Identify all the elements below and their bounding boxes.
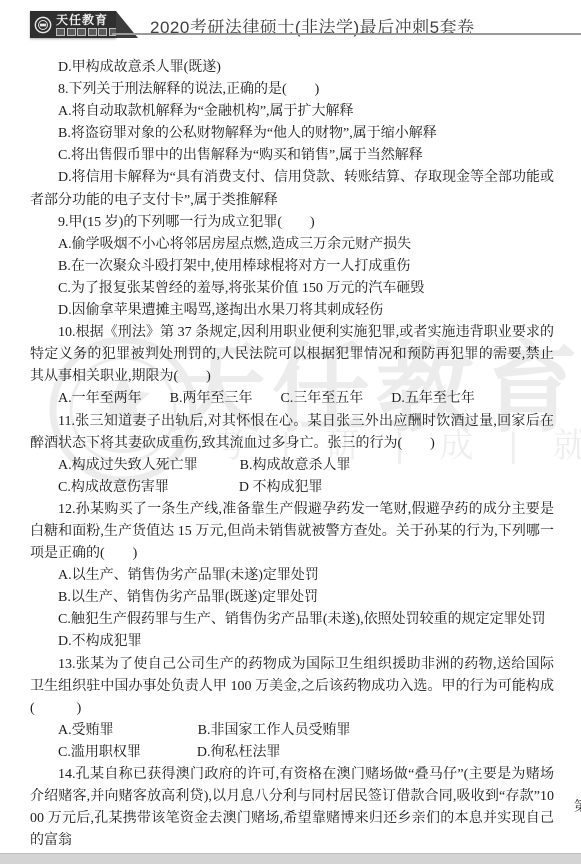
doc-paragraph: C.构成故意伤害罪 D 不构成犯罪 bbox=[30, 477, 554, 499]
logo-brand-text: 天任教育 bbox=[56, 14, 118, 26]
doc-paragraph: D.不构成犯罪 bbox=[30, 631, 554, 653]
doc-paragraph: A.受贿罪 B.非国家工作人员受贿罪 bbox=[30, 720, 554, 742]
doc-paragraph: 10.根据《刑法》第 37 条规定,因利用职业便利实施犯罪,或者实施违背职业要求… bbox=[30, 322, 554, 388]
doc-paragraph: 13.张某为了使自己公司生产的药物成为国际卫生组织援助非洲的药物,送给国际卫生组… bbox=[30, 654, 554, 720]
brand-logo-badge: 天任教育 bbox=[30, 11, 116, 38]
logo-emblem-icon bbox=[34, 16, 52, 34]
doc-paragraph: 8.下列关于刑法解释的说法,正确的是( ) bbox=[30, 79, 554, 101]
doc-paragraph: 14.孔某自称已获得澳门政府的许可,有资格在澳门赌场做“叠马仔”(主要是为赌场介… bbox=[30, 764, 554, 852]
doc-paragraph: 9.甲(15 岁)的下列哪一行为成立犯罪( ) bbox=[30, 212, 554, 234]
doc-paragraph: A.构成过失致人死亡罪 B.构成故意杀人罪 bbox=[30, 455, 554, 477]
viewport-bottom-edge bbox=[0, 853, 581, 864]
doc-paragraph: 12.孙某购买了一条生产线,准备靠生产假避孕药发一笔财,假避孕药的成分主要是白糖… bbox=[30, 499, 554, 565]
header-divider bbox=[112, 33, 581, 35]
doc-paragraph: A.一年至两年 B.两年至三年 C.三年至五年 D.五年至七年 bbox=[30, 388, 554, 410]
doc-paragraph: A.将自动取款机解释为“金融机构”,属于扩大解释 bbox=[30, 101, 554, 123]
doc-paragraph: 11.张三知道妻子出轨后,对其怀恨在心。某日张三外出应酬时饮酒过量,回家后在醉酒… bbox=[30, 411, 554, 455]
doc-paragraph: B.以生产、销售伪劣产品罪(既遂)定罪处罚 bbox=[30, 587, 554, 609]
doc-paragraph: B.在一次聚众斗殴打架中,使用棒球棍将对方一人打成重伤 bbox=[30, 256, 554, 278]
doc-paragraph: A.偷学吸烟不小心将邻居房屋点燃,造成三万余元财产损失 bbox=[30, 234, 554, 256]
doc-paragraph: B.将盗窃罪对象的公私财物解释为“他人的财物”,属于缩小解释 bbox=[30, 123, 554, 145]
doc-paragraph: C.将出售假币罪中的出售解释为“购买和销售”,属于当然解释 bbox=[30, 145, 554, 167]
doc-paragraph: D.因偷拿苹果遭摊主喝骂,遂掏出水果刀将其刺成轻伤 bbox=[30, 300, 554, 322]
doc-paragraph: D.甲构成故意杀人罪(既遂) bbox=[30, 57, 554, 79]
doc-paragraph: A.以生产、销售伪劣产品罪(未遂)定罪处罚 bbox=[30, 565, 554, 587]
document-body: D.甲构成故意杀人罪(既遂) 8.下列关于刑法解释的说法,正确的是( ) A.将… bbox=[30, 57, 554, 852]
doc-paragraph: C.触犯生产假药罪与生产、销售伪劣产品罪(未遂),依照处罚较重的规定定罪处罚 bbox=[30, 609, 554, 631]
doc-paragraph: C.滥用职权罪 D.徇私枉法罪 bbox=[30, 742, 554, 764]
doc-paragraph: C.为了报复张某曾经的羞辱,将张某价值 150 万元的汽车砸毁 bbox=[30, 278, 554, 300]
exam-page: { "header": { "brand": "天任教育", "title": … bbox=[0, 0, 581, 864]
doc-paragraph: D.将信用卡解释为“具有消费支付、信用贷款、转账结算、存取现金等全部功能或者部分… bbox=[30, 167, 554, 211]
page-number-partial: 第 bbox=[574, 799, 581, 817]
logo-tagline-boxes bbox=[56, 28, 118, 36]
page-header: 天任教育 2020考研法律硕士(非法学)最后冲刺5套卷 bbox=[0, 0, 581, 46]
logo-text-column: 天任教育 bbox=[56, 14, 118, 36]
